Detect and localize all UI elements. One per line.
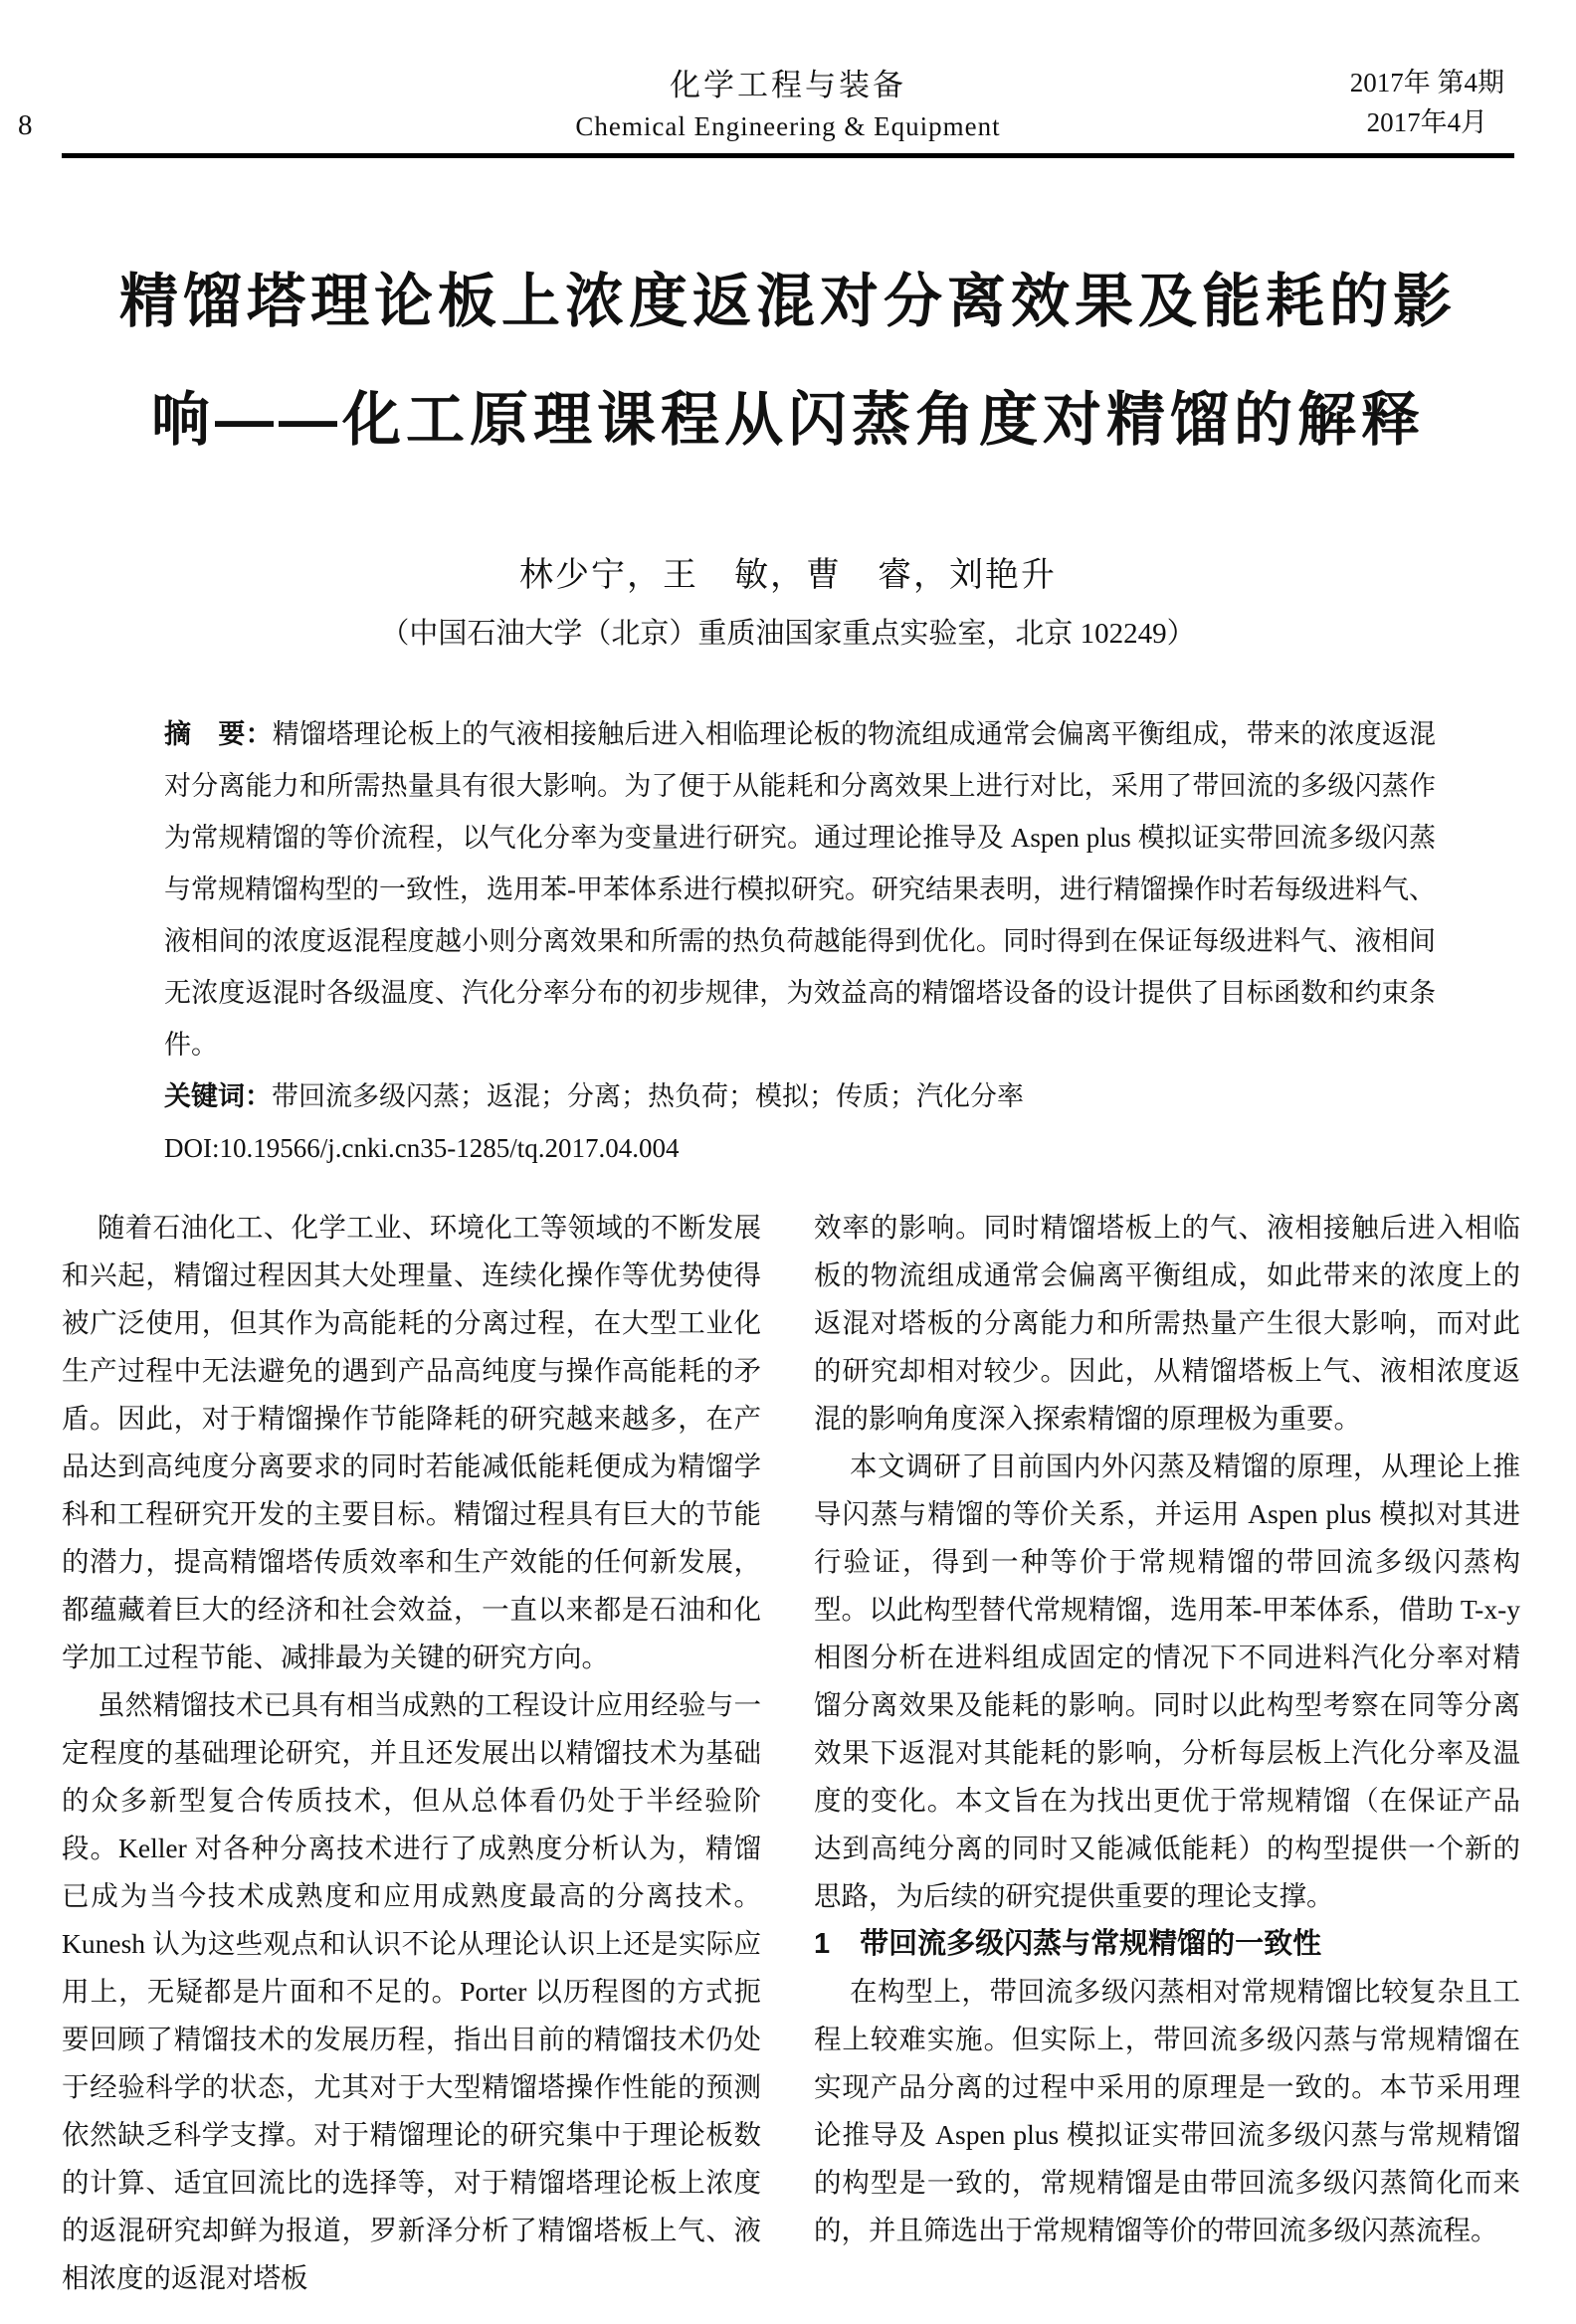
doi-line: DOI:10.19566/j.cnki.cn35-1285/tq.2017.04… <box>164 1122 1436 1174</box>
keywords-line: 关键词：带回流多级闪蒸；返混；分离；热负荷；模拟；传质；汽化分率 <box>164 1070 1436 1122</box>
section-1-title: 带回流多级闪蒸与常规精馏的一致性 <box>860 1928 1321 1960</box>
authors-line: 林少宁，王 敏，曹 睿，刘艳升 <box>0 547 1576 596</box>
abstract-paragraph: 摘 要：精馏塔理论板上的气液相接触后进入相临理论板的物流组成通常会偏离平衡组成，… <box>164 708 1436 1070</box>
affiliation-line: （中国石油大学（北京）重质油国家重点实验室，北京 102249） <box>0 611 1576 652</box>
keywords-text: 带回流多级闪蒸；返混；分离；热负荷；模拟；传质；汽化分率 <box>272 1081 1024 1111</box>
article-title: 精馏塔理论板上浓度返混对分离效果及能耗的影 响——化工原理课程从闪蒸角度对精馏的… <box>40 243 1536 480</box>
left-column: 随着石油化工、化学工业、环境化工等领域的不断发展和兴起，精馏过程因其大处理量、连… <box>62 1204 761 2302</box>
body-paragraph-intro: 随着石油化工、化学工业、环境化工等领域的不断发展和兴起，精馏过程因其大处理量、连… <box>62 1204 761 1681</box>
journal-title-cn: 化学工程与装备 <box>0 70 1576 100</box>
article-title-line2: 响——化工原理课程从闪蒸角度对精馏的解释 <box>40 361 1536 480</box>
issue-year-number: 2017年 第4期 <box>1350 70 1504 97</box>
issue-info: 2017年 第4期 2017年4月 <box>1350 70 1504 136</box>
body-paragraph-section1: 在构型上，带回流多级闪蒸相对常规精馏比较复杂且工程上较难实施。但实际上，带回流多… <box>814 1968 1520 2254</box>
body-paragraph-review-continued: 效率的影响。同时精馏塔板上的气、液相接触后进入相临板的物流组成通常会偏离平衡组成… <box>814 1204 1520 1443</box>
article-title-line1: 精馏塔理论板上浓度返混对分离效果及能耗的影 <box>40 243 1536 361</box>
section-1-heading: 1带回流多级闪蒸与常规精馏的一致性 <box>814 1920 1520 1968</box>
journal-title-en: Chemical Engineering & Equipment <box>0 113 1576 140</box>
issue-month: 2017年4月 <box>1350 109 1504 136</box>
body-paragraph-objective: 本文调研了目前国内外闪蒸及精馏的原理，从理论上推导闪蒸与精馏的等价关系，并运用 … <box>814 1443 1520 1920</box>
body-paragraph-review: 虽然精馏技术已具有相当成熟的工程设计应用经验与一定程度的基础理论研究，并且还发展… <box>62 1681 761 2302</box>
keywords-label: 关键词： <box>164 1081 272 1111</box>
header-divider-rule <box>62 153 1514 158</box>
body-columns: 随着石油化工、化学工业、环境化工等领域的不断发展和兴起，精馏过程因其大处理量、连… <box>62 1204 1520 2302</box>
front-matter: 摘 要：精馏塔理论板上的气液相接触后进入相临理论板的物流组成通常会偏离平衡组成，… <box>164 708 1436 1174</box>
journal-masthead: 化学工程与装备 Chemical Engineering & Equipment <box>0 70 1576 140</box>
journal-page: 8 化学工程与装备 Chemical Engineering & Equipme… <box>0 0 1576 2324</box>
right-column: 效率的影响。同时精馏塔板上的气、液相接触后进入相临板的物流组成通常会偏离平衡组成… <box>814 1204 1520 2302</box>
abstract-text: 精馏塔理论板上的气液相接触后进入相临理论板的物流组成通常会偏离平衡组成，带来的浓… <box>164 719 1436 1060</box>
abstract-label: 摘 要： <box>164 719 273 749</box>
section-1-number: 1 <box>814 1928 830 1960</box>
